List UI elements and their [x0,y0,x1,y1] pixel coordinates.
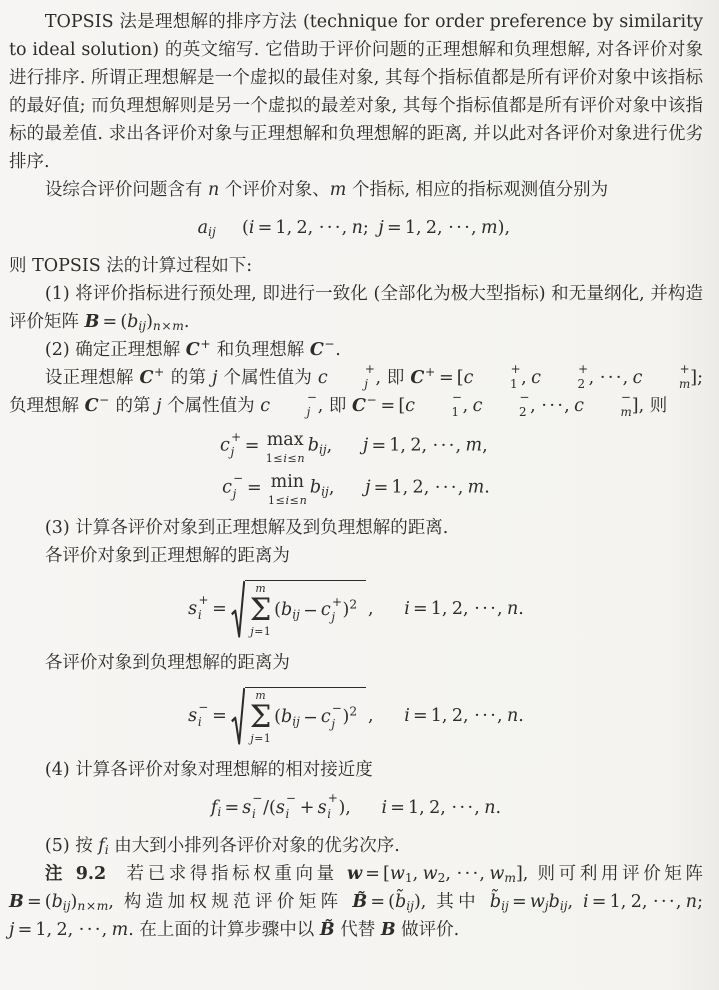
text-run: 个属性值为 [162,396,261,416]
paragraph: (2) 确定正理想解 C+ 和负理想解 C−. [9,336,703,364]
document-page: TOPSIS 法是理想解的排序方法 (technique for order p… [0,0,719,990]
inline-math: c−j [260,396,318,416]
display-formula: c+j=max1≤i≤nbij,j=1,2,···,m, [9,430,703,462]
paragraph: 则 TOPSIS 法的计算过程如下: [9,252,703,280]
summation-sign: Σ [250,704,272,732]
text-run: , 其中 [421,892,490,912]
radical: mΣj=1(bij−c−j)2 [231,687,366,746]
paragraph: 各评价对象到负理想解的距离为 [9,649,703,677]
text-run: 做评价. [396,920,460,940]
paragraph: TOPSIS 法是理想解的排序方法 (technique for order p… [9,8,703,176]
radical: mΣj=1(bij−c+j)2 [231,580,366,639]
formula-math: s+i=mΣj=1(bij−c+j)2,i=1,2,···,n. [188,580,524,639]
text-run: (3) 计算各评价对象到正理想解及到负理想解的距离. [45,518,448,538]
text-run: , [568,892,584,912]
text-run: , 即 [318,396,352,416]
inline-math: fi [98,836,108,856]
inline-math: b̃ij=wjbij [490,892,568,912]
inline-math: j=1,2,···,m [9,920,128,940]
display-formula: c−j=min1≤i≤nbij,j=1,2,···,m. [9,472,703,504]
paragraph: (5) 按 fi 由大到小排列各评价对象的优劣次序. [9,832,703,860]
paragraph: (1) 将评价指标进行预处理, 即进行一致化 (全部化为极大型指标) 和无量纲化… [9,280,703,336]
formula-math: c+j=max1≤i≤nbij,j=1,2,···,m, [220,430,492,462]
paragraph: 设正理想解 C+ 的第 j 个属性值为 c+j, 即 C+=[c+1,c+2,·… [9,364,703,420]
text-run: (2) 确定正理想解 [45,340,186,360]
text-run: . 在上面的计算步骤中以 [128,920,320,940]
text-run: 则 TOPSIS 法的计算过程如下: [9,256,252,276]
inline-math: m [330,180,347,200]
text-run: 代替 [335,920,381,940]
formula-math: aij(i=1,2,···,n;j=1,2,···,m), [198,214,515,242]
text-run: 的第 [110,396,156,416]
formula-math: s−i=mΣj=1(bij−c−j)2,i=1,2,···,n. [188,687,524,746]
text-run: 和负理想解 [211,340,310,360]
text-run: (4) 计算各评价对象对理想解的相对接近度 [45,760,373,780]
inline-math: i=1,2,···,n [583,892,697,912]
document-body: TOPSIS 法是理想解的排序方法 (technique for order p… [9,8,703,944]
note-label: 注 9.2 [45,864,123,884]
paragraph: (4) 计算各评价对象对理想解的相对接近度 [9,756,703,784]
text-run: , 则 [639,396,668,416]
text-run: 个指标, 相应的指标观测值分别为 [346,180,608,200]
inline-math: C− [85,396,110,416]
text-run: TOPSIS 法是理想解的排序方法 (technique for order p… [9,12,703,172]
text-run: 设正理想解 [45,368,140,388]
display-formula: s+i=mΣj=1(bij−c+j)2,i=1,2,···,n. [9,580,703,639]
radical-sign [231,687,245,746]
text-run: 个评价对象、 [219,180,330,200]
inline-math: B=(bij)n×m [9,892,108,912]
text-run: 各评价对象到正理想解的距离为 [45,546,290,566]
inline-math: C+ [139,368,164,388]
formula-math: c−j=min1≤i≤nbij,j=1,2,···,m. [222,472,490,504]
inline-math: C− [310,340,335,360]
inline-math: C−=[c−1,c−2,···,c−m] [352,396,639,416]
text-run: , 则可利用评价矩阵 [523,864,703,884]
display-formula: aij(i=1,2,···,n;j=1,2,···,m), [9,214,703,242]
text-run: 各评价对象到负理想解的距离为 [45,653,290,673]
summation-sign: Σ [250,597,272,625]
note-paragraph: 注 9.2若已求得指标权重向量 w=[w1,w2,···,wm], 则可利用评价… [9,860,703,944]
text-run: ; [697,892,703,912]
text-run: 个属性值为 [218,368,318,388]
inline-math: B=(bij)n×m [85,312,184,332]
inline-math: C+=[c+1,c+2,···,c+m] [410,368,697,388]
display-formula: s−i=mΣj=1(bij−c−j)2,i=1,2,···,n. [9,687,703,746]
text-run: . [335,340,341,360]
inline-math: w=[w1,w2,···,wm] [347,864,523,884]
inline-math: C+ [186,340,211,360]
text-run: , 即 [375,368,410,388]
paragraph: (3) 计算各评价对象到正理想解及到负理想解的距离. [9,514,703,542]
inline-math: B̃=(b̃ij) [352,892,420,912]
text-run: 由大到小排列各评价对象的优劣次序. [109,836,400,856]
formula-math: fi=s−i/(s−i+s+i),i=1,2,···,n. [211,794,501,822]
inline-math: B̃ [320,920,335,940]
paragraph: 各评价对象到正理想解的距离为 [9,542,703,570]
inline-math: n [208,180,219,200]
paragraph: 设综合评价问题含有 n 个评价对象、m 个指标, 相应的指标观测值分别为 [9,176,703,204]
text-run: . [184,312,190,332]
inline-math: B [381,920,396,940]
text-run: 设综合评价问题含有 [45,180,208,200]
text-run: (5) 按 [45,836,98,856]
text-run: , 构造加权规范评价矩阵 [108,892,352,912]
text-run: 若已求得指标权重向量 [123,864,347,884]
text-run: 的第 [165,368,212,388]
inline-math: c+j [318,368,376,388]
display-formula: fi=s−i/(s−i+s+i),i=1,2,···,n. [9,794,703,822]
radical-sign [231,580,245,639]
